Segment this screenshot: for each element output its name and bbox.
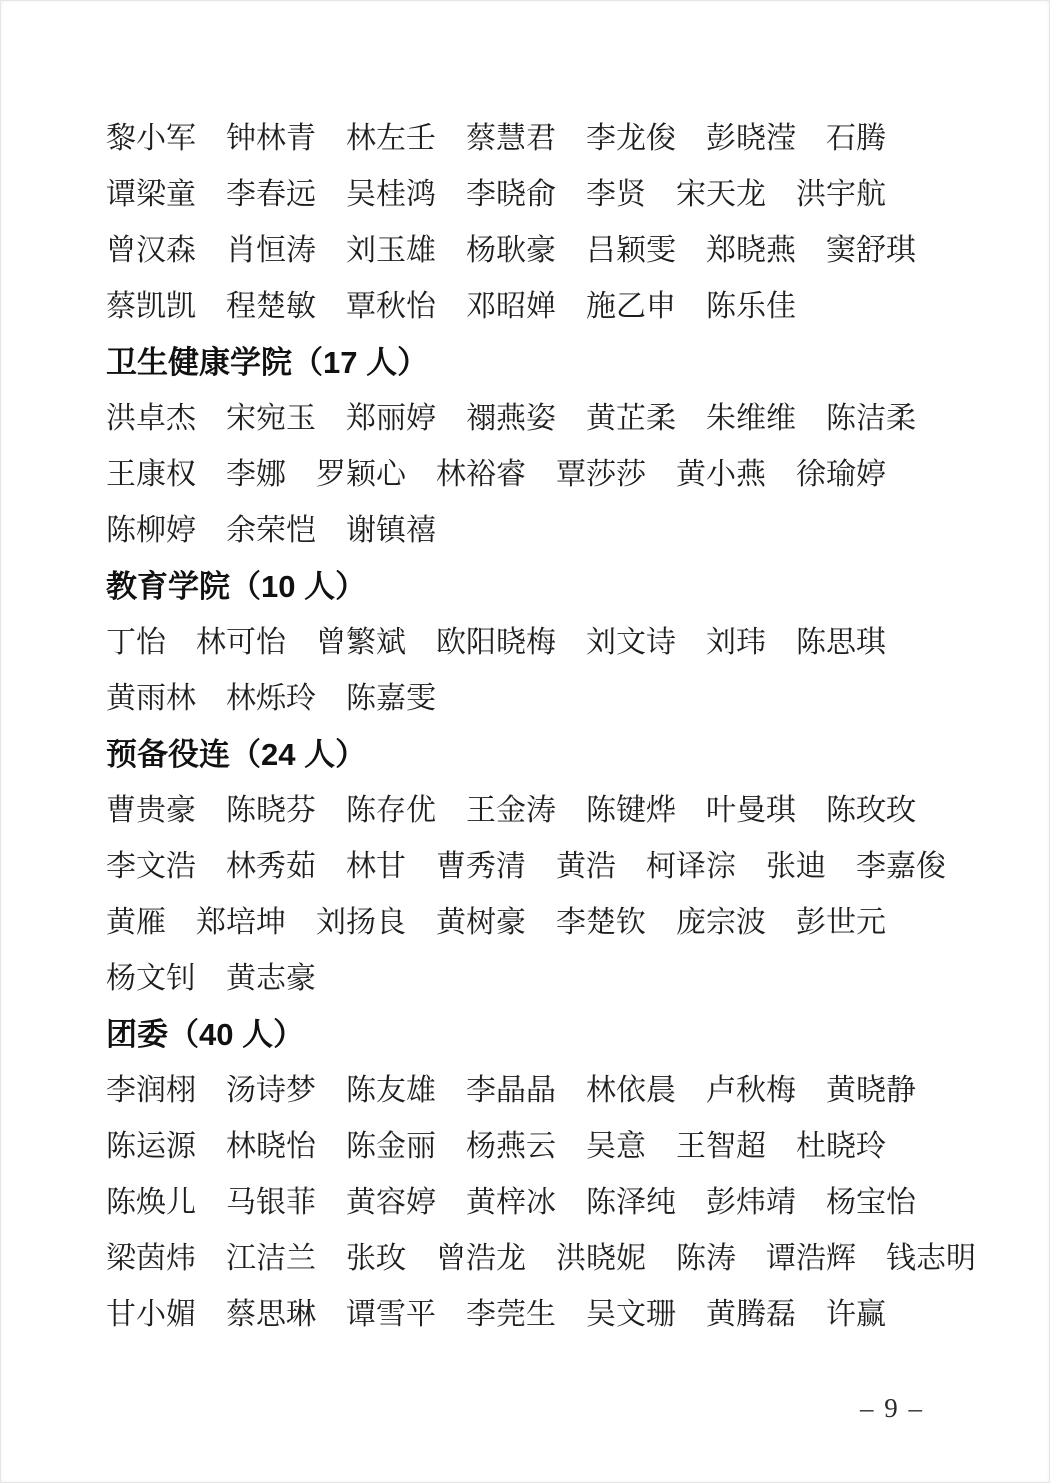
name-row: 曾汉森 肖恒涛 刘玉雄 杨耿豪 吕颖雯 郑晓燕 窦舒琪 — [106, 223, 951, 279]
section-heading: 预备役连（24 人） — [106, 727, 951, 783]
name-row: 谭梁童 李春远 吴桂鸿 李晓俞 李贤 宋天龙 洪宇航 — [106, 167, 951, 223]
name-row: 蔡凯凯 程楚敏 覃秋怡 邓昭婵 施乙申 陈乐佳 — [106, 279, 951, 335]
section-heading: 卫生健康学院（17 人） — [106, 335, 951, 391]
name-row: 洪卓杰 宋宛玉 郑丽婷 禤燕姿 黄芷柔 朱维维 陈洁柔 — [106, 391, 951, 447]
section-heading: 团委（40 人） — [106, 1007, 951, 1063]
name-row: 李润栩 汤诗梦 陈友雄 李晶晶 林依晨 卢秋梅 黄晓静 — [106, 1063, 951, 1119]
name-row: 梁茵炜 江洁兰 张玫 曾浩龙 洪晓妮 陈涛 谭浩辉 钱志明 — [106, 1231, 951, 1287]
name-row: 丁怡 林可怡 曾繁斌 欧阳晓梅 刘文诗 刘玮 陈思琪 — [106, 615, 951, 671]
name-row: 陈运源 林晓怡 陈金丽 杨燕云 吴意 王智超 杜晓玲 — [106, 1119, 951, 1175]
name-row: 杨文钊 黄志豪 — [106, 951, 951, 1007]
name-row: 陈焕儿 马银菲 黄容婷 黄梓冰 陈泽纯 彭炜靖 杨宝怡 — [106, 1175, 951, 1231]
name-row: 陈柳婷 余荣恺 谢镇禧 — [106, 503, 951, 559]
name-row: 王康权 李娜 罗颖心 林裕睿 覃莎莎 黄小燕 徐瑜婷 — [106, 447, 951, 503]
name-row: 甘小媚 蔡思琳 谭雪平 李莞生 吴文珊 黄腾磊 许赢 — [106, 1287, 951, 1343]
name-row: 黄雨林 林烁玲 陈嘉雯 — [106, 671, 951, 727]
section-heading: 教育学院（10 人） — [106, 559, 951, 615]
name-row: 李文浩 林秀茹 林甘 曹秀清 黄浩 柯译淙 张迪 李嘉俊 — [106, 839, 951, 895]
document-page: 黎小军 钟林青 林左壬 蔡慧君 李龙俊 彭晓滢 石腾谭梁童 李春远 吴桂鸿 李晓… — [0, 0, 1050, 1483]
name-row: 曹贵豪 陈晓芬 陈存优 王金涛 陈键烨 叶曼琪 陈玫玫 — [106, 783, 951, 839]
name-row: 黄雁 郑培坤 刘扬良 黄树豪 李楚钦 庞宗波 彭世元 — [106, 895, 951, 951]
page-number: – 9 – — [860, 1393, 924, 1424]
name-row: 黎小军 钟林青 林左壬 蔡慧君 李龙俊 彭晓滢 石腾 — [106, 111, 951, 167]
document-content: 黎小军 钟林青 林左壬 蔡慧君 李龙俊 彭晓滢 石腾谭梁童 李春远 吴桂鸿 李晓… — [106, 111, 951, 1343]
